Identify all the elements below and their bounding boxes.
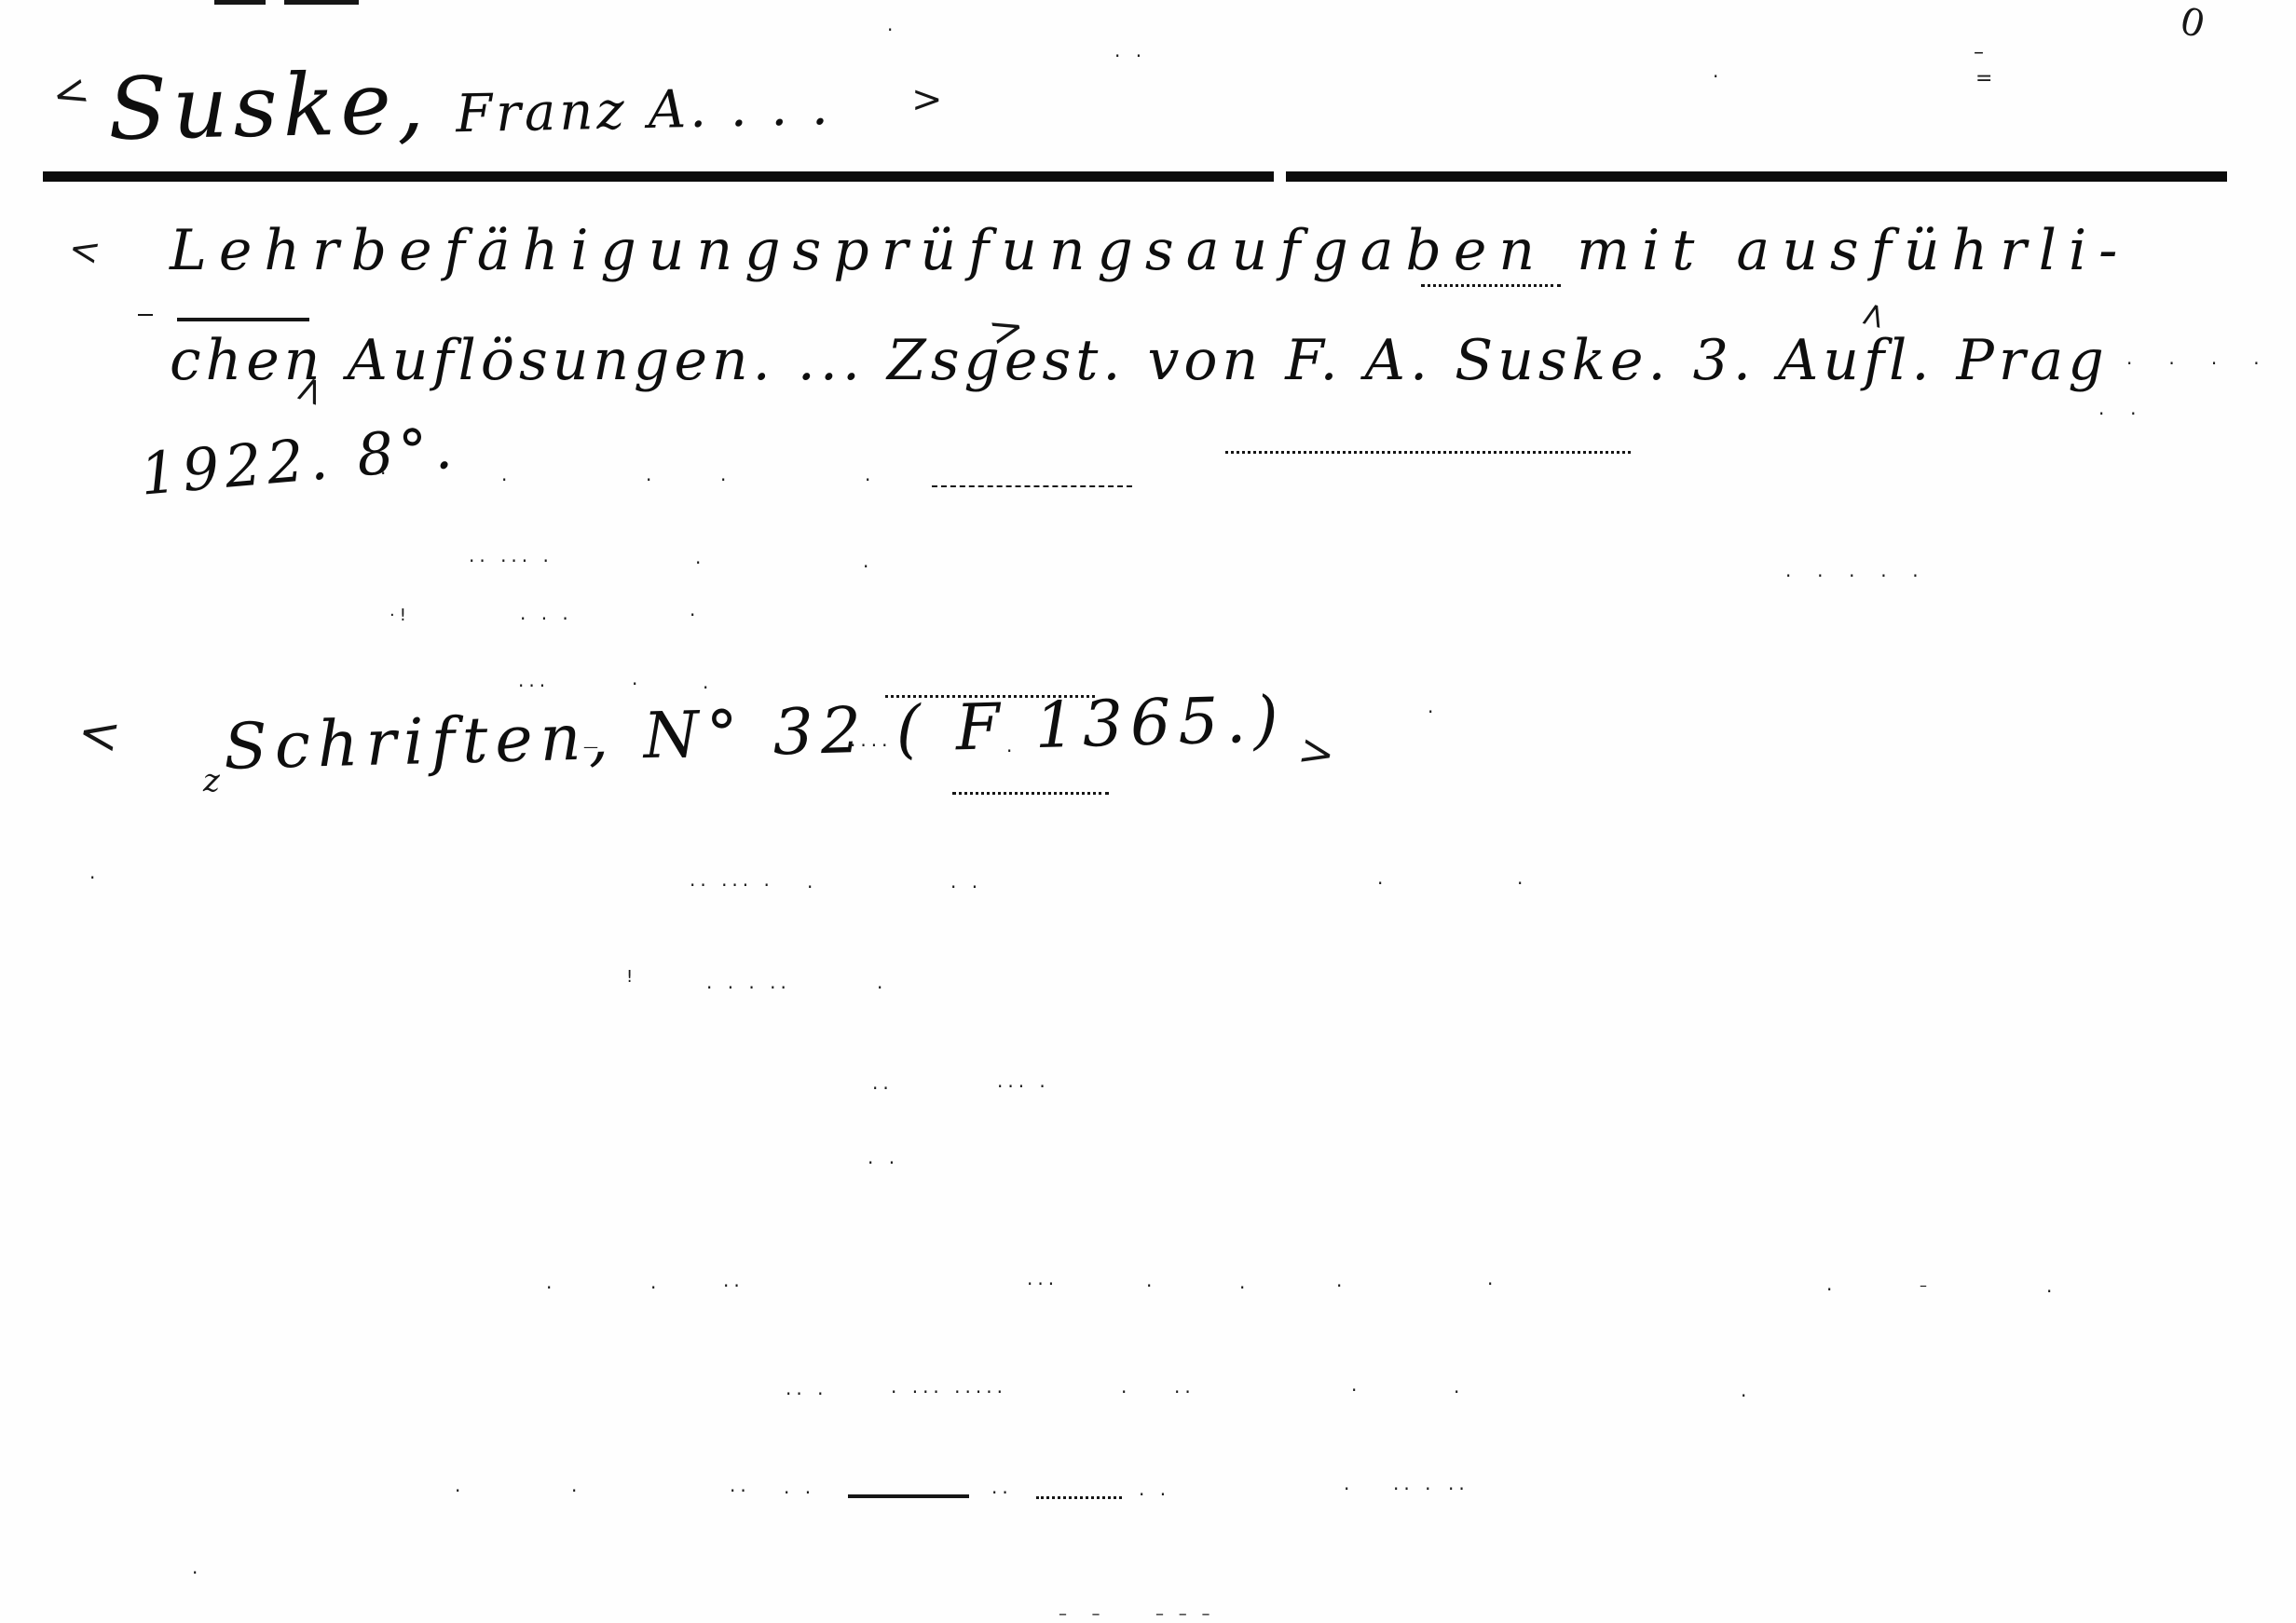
noise-speck: · · · xyxy=(520,607,573,630)
insertion-mark-before-series: < xyxy=(74,702,126,767)
noise-speck: · xyxy=(1741,1384,1751,1407)
noise-speck: · xyxy=(1344,1478,1354,1500)
noise-speck: · xyxy=(632,673,642,695)
heading-rule xyxy=(43,171,2227,182)
artifact-line xyxy=(932,485,1132,487)
imprint-line: 1922. 8°. xyxy=(137,413,459,508)
noise-speck: · xyxy=(650,1276,661,1299)
noise-speck: · xyxy=(571,1480,581,1502)
noise-speck: · xyxy=(1006,740,1017,762)
noise-speck: ···· xyxy=(850,734,892,757)
artifact-line xyxy=(1225,451,1631,454)
series-note: Schriften, N° 32 ( F 1365.) xyxy=(223,683,1287,784)
noise-speck: · xyxy=(1336,1275,1346,1297)
noise-speck: · ··· ····· xyxy=(891,1381,1007,1403)
artifact-line xyxy=(284,0,359,5)
noise-speck: · xyxy=(192,1562,202,1584)
noise-speck: · · xyxy=(868,1152,899,1174)
artifact-line xyxy=(952,792,1109,795)
noise-speck: ··· xyxy=(518,675,550,697)
artifact-line xyxy=(1036,1496,1122,1499)
noise-speck: · xyxy=(690,604,700,626)
author-forename: Franz A. . . . xyxy=(456,76,833,144)
noise-speck: · xyxy=(695,552,705,574)
noise-speck: ··· · xyxy=(997,1075,1050,1098)
z-mark-before-series: z xyxy=(203,762,220,799)
noise-speck: · xyxy=(720,469,731,491)
noise-speck: · xyxy=(501,469,512,491)
noise-speck: · xyxy=(877,976,887,999)
noise-speck: · · xyxy=(784,1481,815,1504)
noise-speck: = xyxy=(1975,67,1997,90)
artifact-line xyxy=(214,0,266,5)
noise-speck: – – xyxy=(1059,1604,1104,1623)
noise-speck: · xyxy=(1826,1278,1837,1301)
noise-speck: · · xyxy=(1114,45,1146,67)
insertion-mark-after-series: > xyxy=(1294,724,1340,781)
noise-speck: · · xyxy=(1139,1483,1170,1506)
noise-speck: · xyxy=(1239,1276,1250,1299)
noise-speck: — xyxy=(583,738,603,756)
noise-speck: · xyxy=(1146,1275,1156,1297)
noise-speck: · · · · xyxy=(2126,352,2264,375)
noise-speck: ·· ··· · xyxy=(690,874,774,896)
author-surname: Suske, xyxy=(107,53,430,159)
artifact-line xyxy=(1421,284,1561,287)
noise-speck: · xyxy=(380,462,390,484)
noise-speck: ·· · xyxy=(786,1383,827,1405)
title-line-1: Lehrbefähigungsprüfungsaufgaben mit ausf… xyxy=(170,218,2129,283)
noise-speck: · xyxy=(455,1480,465,1502)
noise-speck: · xyxy=(1428,701,1438,723)
insertion-mark-after-author: > xyxy=(911,78,943,121)
noise-speck: · xyxy=(1487,1273,1497,1295)
heading-rule-gap xyxy=(1274,169,1286,184)
noise-speck: · xyxy=(865,469,875,491)
noise-speck: – xyxy=(1920,1276,1932,1294)
noise-speck: · xyxy=(546,1276,556,1299)
noise-speck: · xyxy=(2046,1280,2057,1302)
noise-speck: ·· xyxy=(991,1481,1013,1504)
noise-speck: · · · ·· xyxy=(706,976,791,999)
noise-speck: ·· xyxy=(872,1077,894,1099)
noise-speck: · xyxy=(1454,1381,1464,1403)
artifact-line xyxy=(177,318,309,321)
noise-speck: · · xyxy=(950,876,982,898)
noise-speck: · xyxy=(89,866,100,889)
artifact-line xyxy=(138,314,153,316)
noise-speck: ! xyxy=(626,967,637,987)
noise-speck: · xyxy=(646,469,656,491)
noise-speck: · xyxy=(863,555,873,578)
catalog-card-scan: < Suske, Franz A. . . . > < Lehrbefähigu… xyxy=(0,0,2296,1623)
noise-speck: ·· xyxy=(1174,1381,1196,1403)
noise-speck: ·! xyxy=(389,606,411,625)
stray-zero-mark: 0 xyxy=(2175,0,2208,48)
noise-speck: · xyxy=(1713,65,1723,88)
noise-speck: – xyxy=(1974,41,1988,64)
author-heading: Suske, Franz A. . . . xyxy=(107,45,832,159)
noise-speck: · xyxy=(1351,1379,1361,1401)
noise-speck: – – – xyxy=(1155,1604,1214,1623)
noise-speck: ·· ··· · xyxy=(469,550,553,572)
noise-speck: ·· · xyxy=(1393,1478,1435,1500)
noise-speck: · xyxy=(1377,872,1387,894)
noise-speck: · · · · · xyxy=(1785,565,1923,587)
noise-speck: · xyxy=(1121,1381,1131,1403)
title-line-2: chen Auflösungen. ... Zsgest. von F. A. … xyxy=(170,328,2109,393)
noise-speck: · xyxy=(887,19,897,41)
noise-speck: · xyxy=(807,876,817,898)
insertion-mark-before-title: < xyxy=(65,226,104,275)
noise-speck: ·· xyxy=(1448,1478,1469,1500)
noise-speck: ·· xyxy=(723,1275,745,1297)
noise-speck: · · xyxy=(2098,402,2140,425)
noise-speck: · xyxy=(1517,872,1527,894)
insertion-mark-before-author: < xyxy=(47,63,94,121)
noise-speck: ··· xyxy=(1027,1273,1059,1295)
noise-speck: ·· xyxy=(730,1480,751,1502)
artifact-line xyxy=(848,1494,969,1498)
noise-speck: · xyxy=(703,676,713,699)
artifact-line xyxy=(885,695,1095,698)
